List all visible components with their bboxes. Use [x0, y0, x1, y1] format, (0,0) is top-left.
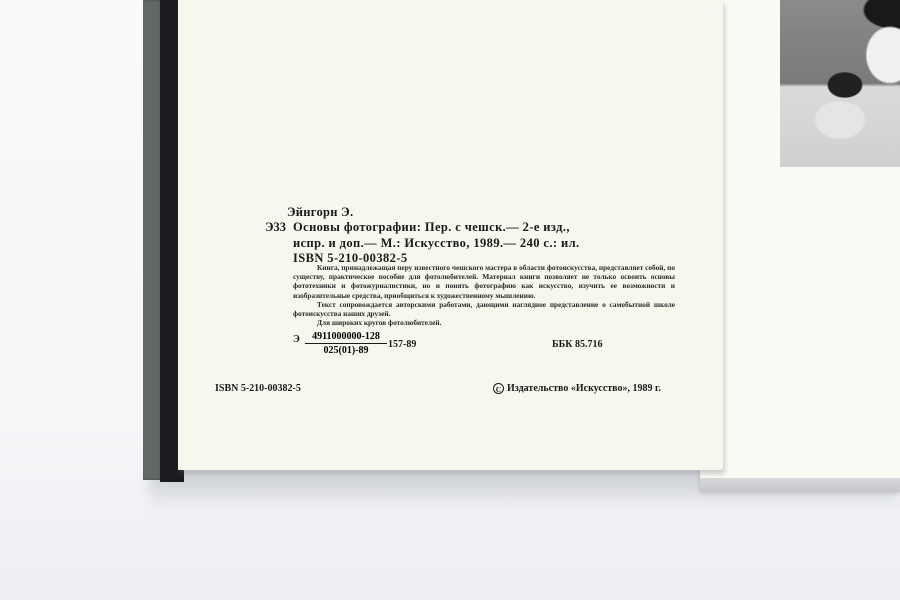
title-line-2: испр. и доп.— М.: Искусство, 1989.— 240 … [293, 236, 580, 251]
title-line-1: Основы фотографии: Пер. с чешск.— 2-е из… [293, 220, 570, 235]
classification-prefix: Э [293, 334, 300, 345]
copyright-text: Издательство «Искусство», 1989 г. [507, 383, 661, 394]
facing-page-edge [700, 478, 900, 492]
classification-fraction: 4911000000-128 025(01)-89 [305, 331, 387, 356]
classification-denominator: 025(01)-89 [305, 344, 387, 356]
classification-suffix: 157-89 [388, 339, 416, 350]
classification-numerator: 4911000000-128 [305, 331, 387, 344]
abstract-paragraph-1: Книга, принадлежащая перу известного чеш… [293, 263, 675, 300]
copyright-line: CИздательство «Искусство», 1989 г. [493, 383, 661, 394]
isbn-footer: ISBN 5-210-00382-5 [215, 383, 301, 394]
imprint-page [178, 0, 723, 470]
bbk-code: ББК 85.716 [552, 339, 602, 350]
author-name: Эйнгорн Э. [287, 205, 353, 220]
catalog-code: Э33 [265, 220, 286, 235]
copyright-icon: C [493, 383, 504, 394]
abstract-paragraph-2: Текст сопровождается авторскими работами… [293, 300, 675, 318]
photographer-photo [780, 0, 900, 167]
book-abstract: Книга, принадлежащая перу известного чеш… [293, 263, 675, 327]
abstract-paragraph-3: Для широких кругов фотолюбителей. [293, 318, 675, 327]
